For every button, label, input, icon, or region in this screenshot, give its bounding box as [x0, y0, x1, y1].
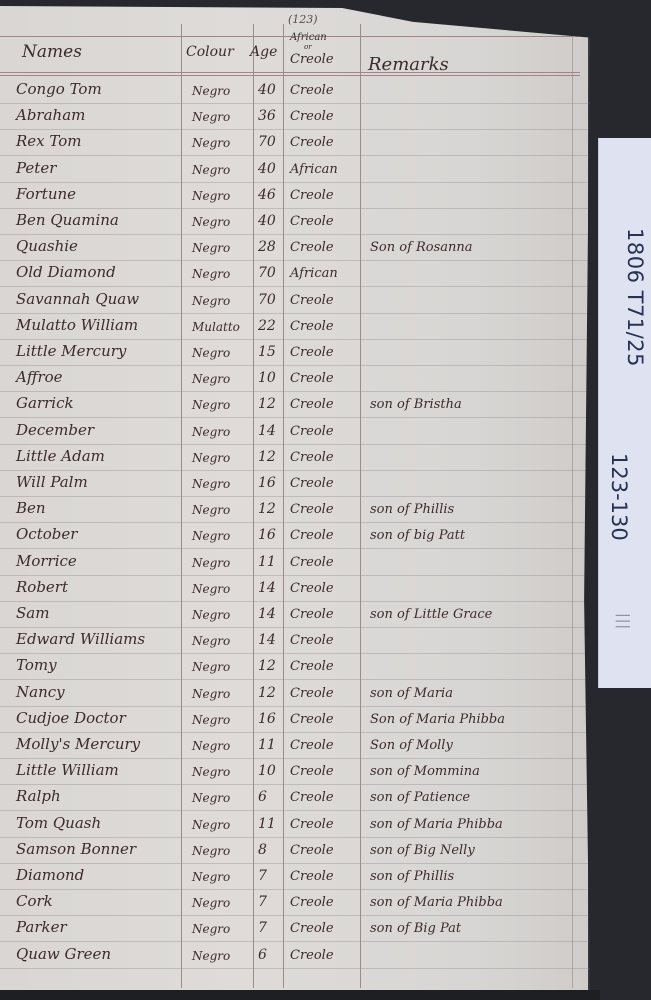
- origin-cell: Creole: [290, 371, 334, 386]
- colour-cell: Negro: [192, 163, 230, 177]
- table-row: Will PalmNegro16Creole: [0, 473, 590, 499]
- colour-cell: Negro: [192, 84, 230, 98]
- origin-cell: Creole: [290, 686, 334, 701]
- age-cell: 70: [258, 265, 276, 281]
- age-cell: 14: [258, 606, 276, 622]
- remarks-cell: Son of Molly: [370, 738, 453, 753]
- table-row: CorkNegro7Creoleson of Maria Phibba: [0, 892, 590, 918]
- page-edge-shadow: [0, 990, 600, 1000]
- age-cell: 14: [258, 580, 276, 596]
- colour-cell: Negro: [192, 267, 230, 281]
- origin-cell: Creole: [290, 869, 334, 884]
- colour-cell: Negro: [192, 844, 230, 858]
- archive-tally-marks: |||: [615, 613, 631, 630]
- table-row: Molly's MercuryNegro11CreoleSon of Molly: [0, 735, 590, 761]
- colour-cell: Negro: [192, 110, 230, 124]
- name-cell: Samson Bonner: [16, 840, 136, 858]
- age-cell: 14: [258, 632, 276, 648]
- remarks-cell: son of Big Nelly: [370, 843, 475, 858]
- name-cell: Abraham: [16, 106, 85, 124]
- age-cell: 36: [258, 108, 276, 124]
- name-cell: Cork: [16, 892, 53, 910]
- table-row: RalphNegro6Creoleson of Patience: [0, 787, 590, 813]
- remarks-cell: son of Maria Phibba: [370, 817, 503, 832]
- colour-cell: Negro: [192, 503, 230, 517]
- age-cell: 16: [258, 475, 276, 491]
- table-row: GarrickNegro12Creoleson of Bristha: [0, 394, 590, 420]
- colour-cell: Mulatto: [192, 320, 240, 334]
- table-row: NancyNegro12Creoleson of Maria: [0, 683, 590, 709]
- page-number: (123): [288, 13, 318, 26]
- remarks-cell: son of Mommina: [370, 764, 480, 779]
- origin-cell: Creole: [290, 581, 334, 596]
- origin-cell: Creole: [290, 240, 334, 255]
- name-cell: Will Palm: [16, 473, 88, 491]
- colour-cell: Negro: [192, 556, 230, 570]
- name-cell: Peter: [16, 159, 56, 177]
- header-origin-mid: or: [304, 43, 312, 51]
- colour-cell: Negro: [192, 451, 230, 465]
- age-cell: 11: [258, 554, 276, 570]
- name-cell: Quashie: [16, 237, 78, 255]
- colour-cell: Negro: [192, 136, 230, 150]
- colour-cell: Negro: [192, 791, 230, 805]
- age-cell: 12: [258, 501, 276, 517]
- name-cell: Parker: [16, 918, 67, 936]
- colour-cell: Negro: [192, 818, 230, 832]
- table-row: Little WilliamNegro10Creoleson of Mommin…: [0, 761, 590, 787]
- remarks-cell: Son of Maria Phibba: [370, 712, 505, 727]
- origin-cell: Creole: [290, 502, 334, 517]
- table-row: BenNegro12Creoleson of Phillis: [0, 499, 590, 525]
- origin-cell: Creole: [290, 109, 334, 124]
- remarks-cell: son of Maria: [370, 686, 453, 701]
- age-cell: 28: [258, 239, 276, 255]
- header-rule: [0, 75, 580, 76]
- origin-cell: Creole: [290, 738, 334, 753]
- table-row: QuashieNegro28CreoleSon of Rosanna: [0, 237, 590, 263]
- origin-cell: Creole: [290, 424, 334, 439]
- colour-cell: Negro: [192, 425, 230, 439]
- table-row: DiamondNegro7Creoleson of Phillis: [0, 866, 590, 892]
- origin-cell: Creole: [290, 319, 334, 334]
- name-cell: Congo Tom: [16, 80, 102, 98]
- name-cell: December: [16, 421, 94, 439]
- origin-cell: Creole: [290, 397, 334, 412]
- name-cell: Rex Tom: [16, 132, 82, 150]
- colour-cell: Negro: [192, 896, 230, 910]
- age-cell: 70: [258, 292, 276, 308]
- table-row: Edward WilliamsNegro14Creole: [0, 630, 590, 656]
- header-origin-bottom: Creole: [290, 52, 334, 67]
- colour-cell: Negro: [192, 870, 230, 884]
- colour-cell: Negro: [192, 739, 230, 753]
- table-row: Quaw GreenNegro6Creole: [0, 945, 590, 971]
- age-cell: 10: [258, 370, 276, 386]
- name-cell: Diamond: [16, 866, 84, 884]
- header-remarks: Remarks: [368, 54, 449, 75]
- name-cell: Mulatto William: [16, 316, 138, 334]
- age-cell: 46: [258, 187, 276, 203]
- name-cell: Ralph: [16, 787, 61, 805]
- remarks-cell: son of Big Pat: [370, 921, 461, 936]
- colour-cell: Negro: [192, 215, 230, 229]
- age-cell: 12: [258, 658, 276, 674]
- name-cell: Tom Quash: [16, 814, 101, 832]
- colour-cell: Negro: [192, 294, 230, 308]
- table-row: RobertNegro14Creole: [0, 578, 590, 604]
- name-cell: Savannah Quaw: [16, 290, 139, 308]
- colour-cell: Negro: [192, 398, 230, 412]
- age-cell: 40: [258, 82, 276, 98]
- table-row: TomyNegro12Creole: [0, 656, 590, 682]
- archive-page-range: 123-130: [607, 453, 631, 541]
- origin-cell: Creole: [290, 659, 334, 674]
- origin-cell: Creole: [290, 843, 334, 858]
- table-row: Cudjoe DoctorNegro16CreoleSon of Maria P…: [0, 709, 590, 735]
- age-cell: 16: [258, 527, 276, 543]
- origin-cell: Creole: [290, 214, 334, 229]
- origin-cell: Creole: [290, 135, 334, 150]
- name-cell: Affroe: [16, 368, 63, 386]
- colour-cell: Negro: [192, 713, 230, 727]
- colour-cell: Negro: [192, 189, 230, 203]
- header-rule: [0, 72, 580, 73]
- header-names: Names: [22, 42, 82, 62]
- age-cell: 10: [258, 763, 276, 779]
- colour-cell: Negro: [192, 608, 230, 622]
- origin-cell: Creole: [290, 790, 334, 805]
- age-cell: 14: [258, 423, 276, 439]
- remarks-cell: Son of Rosanna: [370, 240, 473, 255]
- age-cell: 11: [258, 737, 276, 753]
- age-cell: 40: [258, 213, 276, 229]
- age-cell: 12: [258, 449, 276, 465]
- header-origin-top: African: [290, 32, 327, 43]
- age-cell: 7: [258, 868, 267, 884]
- colour-cell: Negro: [192, 660, 230, 674]
- archive-photo: (123) Names Colour Age African or Creole…: [0, 0, 651, 1000]
- origin-cell: Creole: [290, 921, 334, 936]
- origin-cell: Creole: [290, 817, 334, 832]
- colour-cell: Negro: [192, 634, 230, 648]
- name-cell: Little William: [16, 761, 119, 779]
- age-cell: 12: [258, 396, 276, 412]
- age-cell: 22: [258, 318, 276, 334]
- colour-cell: Negro: [192, 765, 230, 779]
- remarks-cell: son of Little Grace: [370, 607, 492, 622]
- name-cell: Cudjoe Doctor: [16, 709, 126, 727]
- name-cell: Old Diamond: [16, 263, 116, 281]
- colour-cell: Negro: [192, 241, 230, 255]
- table-row: PeterNegro40African: [0, 159, 590, 185]
- name-cell: Quaw Green: [16, 945, 111, 963]
- name-cell: Ben Quamina: [16, 211, 119, 229]
- table-row: Tom QuashNegro11Creoleson of Maria Phibb…: [0, 814, 590, 840]
- origin-cell: Creole: [290, 83, 334, 98]
- table-row: Savannah QuawNegro70Creole: [0, 290, 590, 316]
- table-row: Old DiamondNegro70African: [0, 263, 590, 289]
- origin-cell: Creole: [290, 712, 334, 727]
- remarks-cell: son of Phillis: [370, 869, 454, 884]
- age-cell: 12: [258, 685, 276, 701]
- age-cell: 6: [258, 789, 267, 805]
- table-row: Mulatto WilliamMulatto22Creole: [0, 316, 590, 342]
- name-cell: Little Mercury: [16, 342, 126, 360]
- name-cell: Fortune: [16, 185, 76, 203]
- origin-cell: African: [290, 266, 338, 281]
- archive-reference: 1806 T71/25: [607, 228, 647, 367]
- table-row: ParkerNegro7Creoleson of Big Pat: [0, 918, 590, 944]
- origin-cell: Creole: [290, 188, 334, 203]
- age-cell: 7: [258, 920, 267, 936]
- table-row: DecemberNegro14Creole: [0, 421, 590, 447]
- name-cell: October: [16, 525, 77, 543]
- colour-cell: Negro: [192, 346, 230, 360]
- name-cell: Tomy: [16, 656, 57, 674]
- remarks-cell: son of Phillis: [370, 502, 454, 517]
- table-row: Little AdamNegro12Creole: [0, 447, 590, 473]
- colour-cell: Negro: [192, 922, 230, 936]
- name-cell: Garrick: [16, 394, 74, 412]
- table-row: FortuneNegro46Creole: [0, 185, 590, 211]
- name-cell: Ben: [16, 499, 46, 517]
- colour-cell: Negro: [192, 687, 230, 701]
- origin-cell: Creole: [290, 948, 334, 963]
- name-cell: Molly's Mercury: [16, 735, 140, 753]
- archive-label: 1806 T71/25 123-130 |||: [598, 138, 651, 688]
- table-row: Samson BonnerNegro8Creoleson of Big Nell…: [0, 840, 590, 866]
- age-cell: 6: [258, 947, 267, 963]
- name-cell: Edward Williams: [16, 630, 145, 648]
- table-row: OctoberNegro16Creoleson of big Patt: [0, 525, 590, 551]
- name-cell: Sam: [16, 604, 49, 622]
- remarks-cell: son of Bristha: [370, 397, 462, 412]
- table-row: SamNegro14Creoleson of Little Grace: [0, 604, 590, 630]
- table-row: AbrahamNegro36Creole: [0, 106, 590, 132]
- table-row: Ben QuaminaNegro40Creole: [0, 211, 590, 237]
- origin-cell: Creole: [290, 764, 334, 779]
- name-cell: Morrice: [16, 552, 77, 570]
- age-cell: 70: [258, 134, 276, 150]
- colour-cell: Negro: [192, 477, 230, 491]
- age-cell: 15: [258, 344, 276, 360]
- colour-cell: Negro: [192, 949, 230, 963]
- origin-cell: African: [290, 162, 338, 177]
- origin-cell: Creole: [290, 633, 334, 648]
- origin-cell: Creole: [290, 555, 334, 570]
- header-colour: Colour: [186, 44, 234, 60]
- age-cell: 40: [258, 161, 276, 177]
- origin-cell: Creole: [290, 476, 334, 491]
- header-age: Age: [250, 44, 277, 60]
- colour-cell: Negro: [192, 529, 230, 543]
- table-row: MorriceNegro11Creole: [0, 552, 590, 578]
- origin-cell: Creole: [290, 528, 334, 543]
- remarks-cell: son of Maria Phibba: [370, 895, 503, 910]
- colour-cell: Negro: [192, 372, 230, 386]
- name-cell: Robert: [16, 578, 68, 596]
- origin-cell: Creole: [290, 293, 334, 308]
- remarks-cell: son of Patience: [370, 790, 470, 805]
- remarks-cell: son of big Patt: [370, 528, 465, 543]
- origin-cell: Creole: [290, 345, 334, 360]
- age-cell: 8: [258, 842, 267, 858]
- origin-cell: Creole: [290, 450, 334, 465]
- origin-cell: Creole: [290, 895, 334, 910]
- age-cell: 16: [258, 711, 276, 727]
- origin-cell: Creole: [290, 607, 334, 622]
- age-cell: 11: [258, 816, 276, 832]
- table-row: Congo TomNegro40Creole: [0, 80, 590, 106]
- table-row: Rex TomNegro70Creole: [0, 132, 590, 158]
- colour-cell: Negro: [192, 582, 230, 596]
- ledger-page: (123) Names Colour Age African or Creole…: [0, 6, 590, 996]
- name-cell: Little Adam: [16, 447, 105, 465]
- table-row: Little MercuryNegro15Creole: [0, 342, 590, 368]
- age-cell: 7: [258, 894, 267, 910]
- table-row: AffroeNegro10Creole: [0, 368, 590, 394]
- name-cell: Nancy: [16, 683, 65, 701]
